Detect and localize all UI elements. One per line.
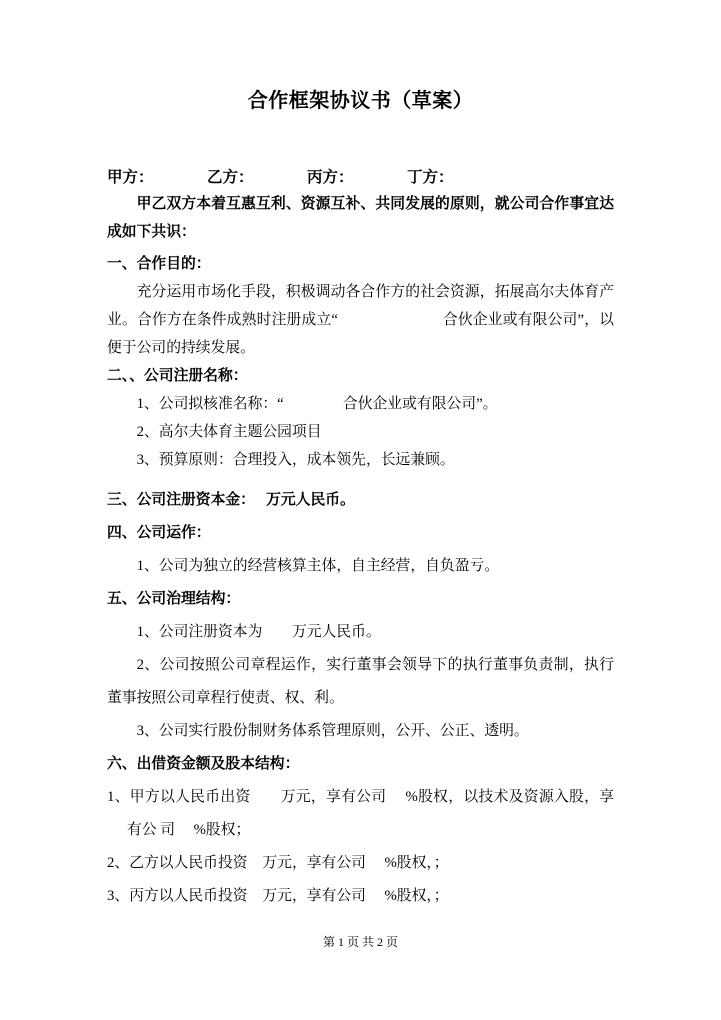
governance-item-1: 1、公司注册资本为 万元人民币。 bbox=[107, 616, 614, 649]
section-2-registered-name-heading: 二、、公司注册名称： bbox=[107, 362, 614, 390]
section-3-capital-heading: 三、公司注册资本金： 万元人民币。 bbox=[107, 484, 614, 517]
party-b-label: 乙方： bbox=[207, 166, 307, 190]
party-c-label: 丙方： bbox=[307, 166, 407, 190]
document-page: 合作框架协议书（草案） 甲方： 乙方： 丙方： 丁方： 甲乙双方本着互惠互利、资… bbox=[0, 0, 721, 1020]
registered-name-item-3: 3、预算原则：合理投入，成本领先，长远兼顾。 bbox=[107, 446, 614, 474]
registered-name-item-1: 1、公司拟核准名称：“ 合伙企业或有限公司”。 bbox=[107, 390, 614, 418]
party-d-label: 丁方： bbox=[407, 166, 507, 190]
equity-item-party-b: 2、乙方以人民币投资 万元，享有公司 %股权，； bbox=[107, 847, 614, 880]
equity-item-party-a: 1、甲方以人民币出资 万元，享有公司 %股权，以技术及资源入股，享有公 司 %股… bbox=[107, 781, 614, 847]
section-1-purpose-heading: 一、合作目的： bbox=[107, 250, 614, 278]
section-5-governance-heading: 五、公司治理结构： bbox=[107, 583, 614, 616]
operation-item-1: 1、公司为独立的经营核算主体，自主经营，自负盈亏。 bbox=[107, 550, 614, 583]
registered-name-item-2: 2、高尔夫体育主题公园项目 bbox=[107, 418, 614, 446]
party-a-label: 甲方： bbox=[107, 166, 207, 190]
intro-paragraph: 甲乙双方本着互惠互利、资源互补、共同发展的原则，就公司合作事宜达成如下共识： bbox=[107, 190, 614, 246]
page-number-footer: 第 1 页 共 2 页 bbox=[107, 934, 614, 950]
parties-row: 甲方： 乙方： 丙方： 丁方： bbox=[107, 166, 614, 190]
purpose-paragraph: 充分运用市场化手段，积极调动各合作方的社会资源，拓展高尔夫体育产业。合作方在条件… bbox=[107, 278, 614, 362]
governance-item-2: 2、公司按照公司章程运作，实行董事会领导下的执行董事负责制，执行董事按照公司章程… bbox=[107, 649, 614, 715]
section-4-operation-heading: 四、公司运作： bbox=[107, 517, 614, 550]
governance-item-3: 3、公司实行股份制财务体系管理原则，公开、公正、透明。 bbox=[107, 715, 614, 748]
equity-item-party-c: 3、丙方以人民币投资 万元，享有公司 %股权，； bbox=[107, 880, 614, 913]
document-title: 合作框架协议书（草案） bbox=[107, 0, 614, 116]
section-6-equity-heading: 六、出借资金额及股本结构： bbox=[107, 748, 614, 781]
